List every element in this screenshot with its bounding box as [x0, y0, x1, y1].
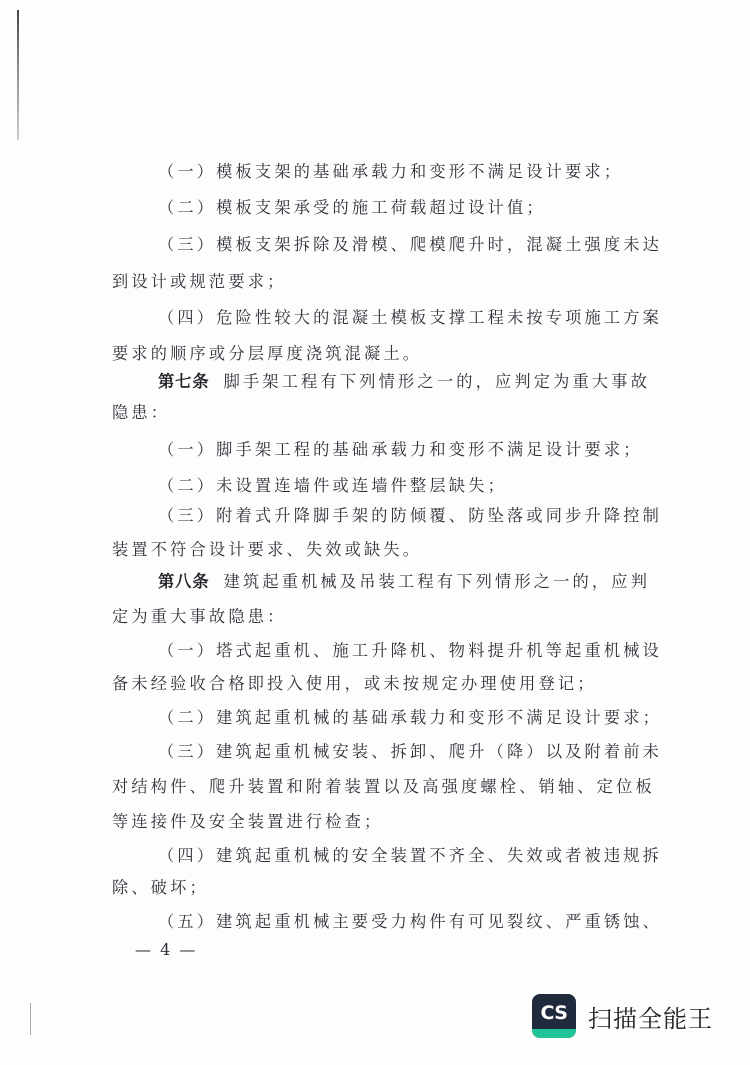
clause-8-item-3-cont-2: 等连接件及安全装置进行检查； [112, 811, 642, 833]
clause-7-heading-cont: 隐患： [112, 402, 642, 424]
camscanner-logo-icon: CS [532, 994, 576, 1038]
clause-6-item-3-cont: 到设计或规范要求； [112, 271, 642, 293]
clause-8-item-3-cont-1: 对结构件、爬升装置和附着装置以及高强度螺栓、销轴、定位板 [112, 776, 642, 798]
scan-edge-line-bottom [30, 1003, 31, 1035]
logo-text: CS [541, 1002, 568, 1024]
brand-name: 扫描全能王 [588, 999, 713, 1034]
clause-8-item-1-cont: 备未经验收合格即投入使用，或未按规定办理使用登记； [112, 673, 642, 695]
clause-8-item-1: （一）塔式起重机、施工升降机、物料提升机等起重机械设 [158, 640, 642, 662]
clause-6-item-4: （四）危险性较大的混凝土模板支撑工程未按专项施工方案 [158, 307, 642, 329]
clause-7-heading: 第七条脚手架工程有下列情形之一的，应判定为重大事故 [158, 371, 642, 393]
camscanner-watermark: CS 扫描全能王 [532, 994, 713, 1038]
clause-8-item-3: （三）建筑起重机械安装、拆卸、爬升（降）以及附着前未 [158, 741, 642, 763]
scanned-document-page: （一）模板支架的基础承载力和变形不满足设计要求； （二）模板支架承受的施工荷载超… [0, 0, 750, 1065]
clause-8-item-2: （二）建筑起重机械的基础承载力和变形不满足设计要求； [158, 707, 642, 729]
article-number: 第八条 [158, 572, 210, 591]
clause-7-item-1: （一）脚手架工程的基础承载力和变形不满足设计要求； [158, 439, 642, 461]
clause-7-item-3: （三）附着式升降脚手架的防倾覆、防坠落或同步升降控制 [158, 505, 642, 527]
page-number: — 4 — [135, 940, 197, 959]
clause-6-item-2: （二）模板支架承受的施工荷载超过设计值； [158, 197, 642, 219]
logo-band [532, 1029, 576, 1038]
clause-8-item-5: （五）建筑起重机械主要受力构件有可见裂纹、严重锈蚀、 [158, 911, 642, 933]
clause-8-item-4: （四）建筑起重机械的安全装置不齐全、失效或者被违规拆 [158, 845, 642, 867]
clause-8-heading: 第八条建筑起重机械及吊装工程有下列情形之一的，应判 [158, 571, 642, 593]
article-number: 第七条 [158, 372, 210, 391]
scan-edge-line-top [17, 10, 19, 140]
clause-6-item-3: （三）模板支架拆除及滑模、爬模爬升时，混凝土强度未达 [158, 234, 642, 256]
clause-6-item-1: （一）模板支架的基础承载力和变形不满足设计要求； [158, 161, 642, 183]
clause-6-item-4-cont: 要求的顺序或分层厚度浇筑混凝土。 [112, 343, 642, 365]
clause-7-item-3-cont: 装置不符合设计要求、失效或缺失。 [112, 539, 642, 561]
clause-8-heading-cont: 定为重大事故隐患： [112, 606, 642, 628]
clause-8-item-4-cont: 除、破坏； [112, 877, 642, 899]
clause-7-item-2: （二）未设置连墙件或连墙件整层缺失； [158, 475, 642, 497]
